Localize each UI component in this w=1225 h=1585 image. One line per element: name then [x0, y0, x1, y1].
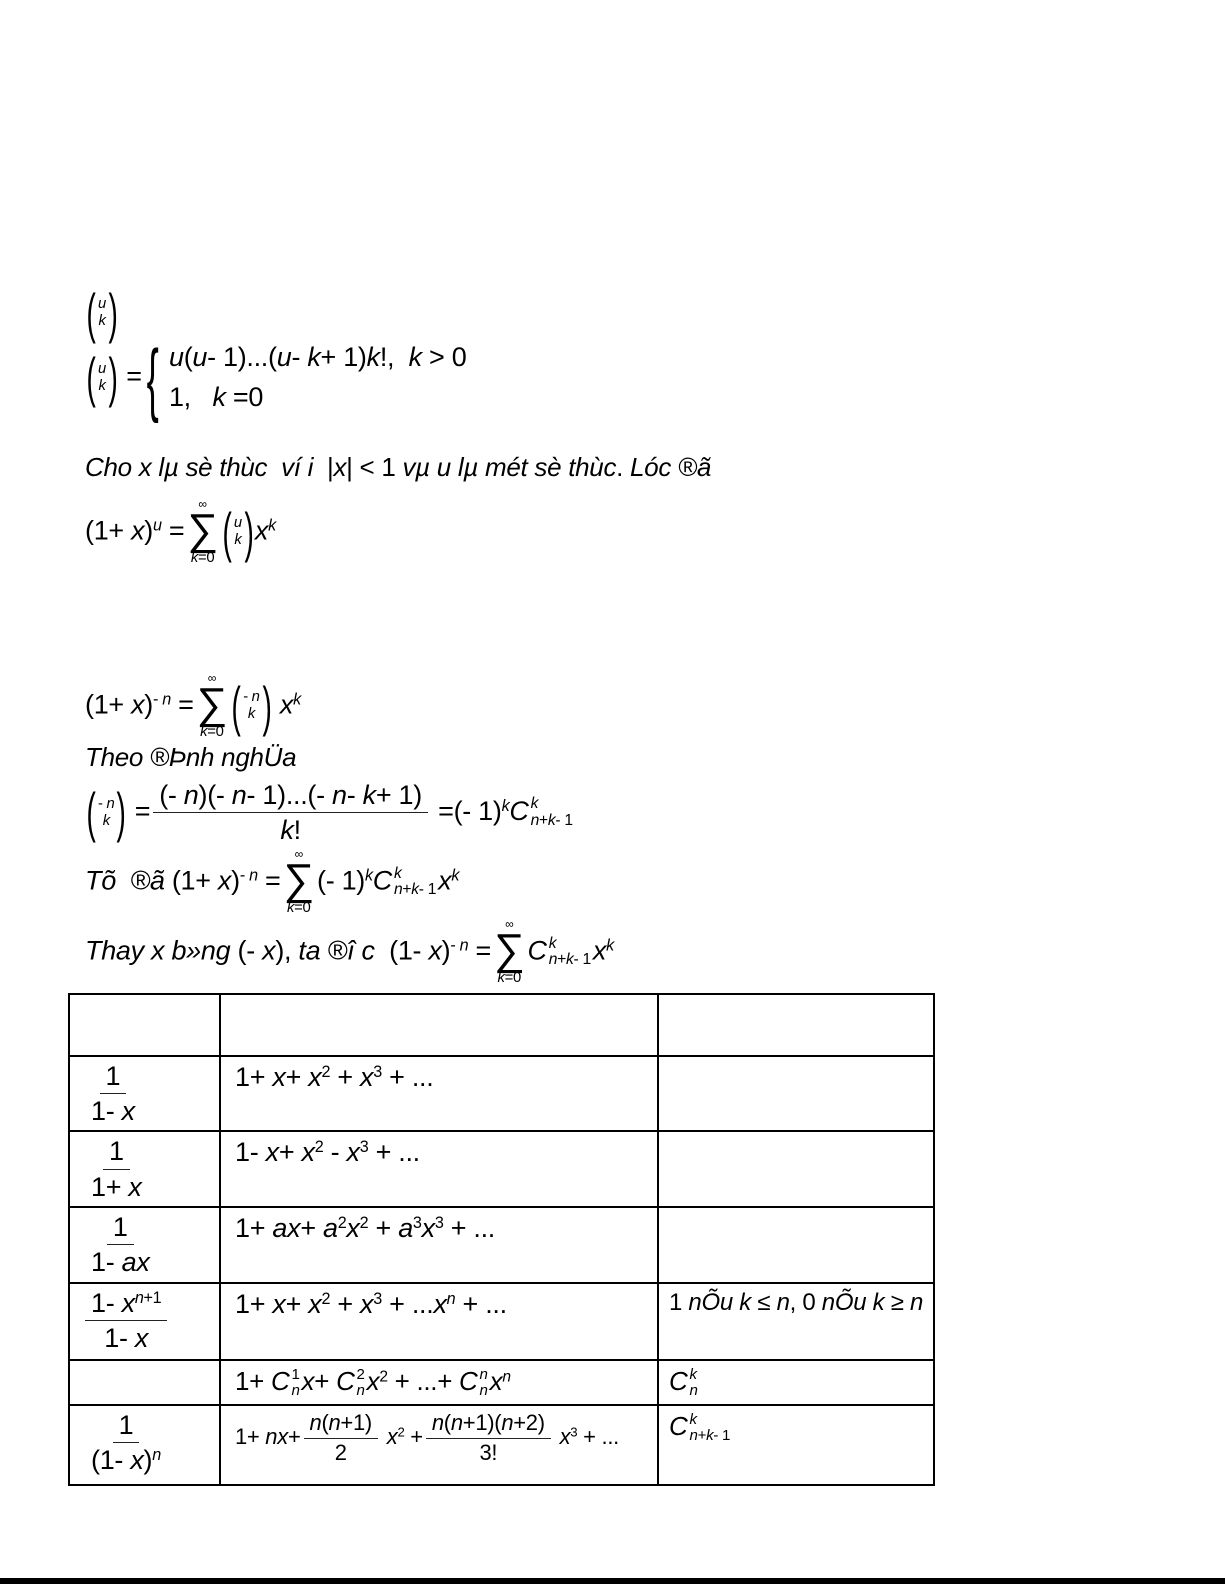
summation: ∞∑k=0 [494, 918, 525, 987]
binomial-bottom: k [98, 313, 105, 330]
cell-expression: 1- xn+11- x [69, 1283, 220, 1360]
superscript: 2 [357, 1367, 365, 1383]
binomial-top: u [98, 361, 106, 378]
sum-lower-limit: k=0 [287, 901, 310, 917]
fraction: 11- ax [85, 1212, 156, 1277]
header-cell-coefficient [658, 994, 934, 1056]
summation: ∞∑k=0 [197, 672, 228, 741]
fraction: n(n+1)(n+2)3! [426, 1411, 551, 1465]
cell-series: 1+ nx+n(n+1)2 x2 +n(n+1)(n+2)3! x3 + ... [220, 1405, 658, 1485]
header-cell-expression [69, 994, 220, 1056]
cell-series: 1+ ax+ a2x2 + a3x3 + ... [220, 1207, 658, 1283]
superscript: k [689, 1367, 696, 1383]
denominator: 1- ax [85, 1245, 156, 1277]
subscript: n [480, 1383, 488, 1399]
left-paren: ( [87, 351, 96, 405]
cell-series: 1+ x+ x2 + x3 + ... [220, 1056, 658, 1131]
denominator: 1- x [98, 1321, 154, 1353]
sup-sub-stack: 1n [289, 1367, 301, 1399]
by-definition-text: Theo ®Þnh nghÜa [85, 742, 296, 773]
summation: ∞∑k=0 [187, 498, 218, 567]
formula-binomial-symbol: (uk) [85, 296, 119, 330]
cell-expression: 11- ax [69, 1207, 220, 1283]
cell-expression: 11+ x [69, 1131, 220, 1206]
superscript: k [689, 1412, 696, 1428]
cell-expression [69, 1360, 220, 1405]
right-paren: ) [109, 351, 118, 405]
binomial-top: - n [98, 796, 114, 813]
binomial-top: u [234, 515, 242, 532]
subscript: n [689, 1383, 697, 1399]
binomial-bottom: k [248, 706, 255, 723]
table-row: 11+ x 1- x+ x2 - x3 + ... [69, 1131, 934, 1206]
formula-substitution: Thay x b»ng (- x), ta ®î c (1- x)- n =∞∑… [85, 918, 614, 987]
formula-binomial-definition: (uk) ={u(u- 1)...(u- k+ 1)k!, k > 01, k … [85, 342, 466, 414]
sigma-symbol: ∑ [494, 930, 525, 971]
sup-sub-stack: nn [478, 1367, 490, 1399]
superscript: k [531, 796, 539, 812]
denominator: 1+ x [85, 1170, 148, 1202]
sup-sub-stack: kn+k- 1 [687, 1412, 732, 1444]
sigma-symbol: ∑ [284, 860, 315, 901]
subscript: n [291, 1383, 299, 1399]
cell-series: 1- x+ x2 - x3 + ... [220, 1131, 658, 1206]
binomial-coefficient: (- nk) [86, 796, 127, 830]
sup-sub-stack: kn [687, 1367, 699, 1399]
numerator: 1 [113, 1410, 140, 1443]
cell-series: 1+ C1nx+ C2nx2 + ...+ Cnnxn [220, 1360, 658, 1405]
fraction: 11+ x [85, 1136, 148, 1201]
sup-sub-stack: kn+k- 1 [547, 936, 593, 969]
fraction: 1(1- x)n [85, 1410, 167, 1475]
binomial-bottom: k [103, 813, 110, 830]
denominator: k! [274, 813, 306, 845]
subscript: n+k- 1 [689, 1428, 730, 1444]
numerator: n(n+1) [304, 1411, 378, 1439]
table-header-row [69, 994, 934, 1056]
cell-coefficient: Ckn [658, 1360, 934, 1405]
sup-sub-stack: kn+k- 1 [392, 866, 438, 899]
binomial-top: - n [243, 689, 259, 706]
right-paren: ) [109, 286, 118, 340]
binomial-bottom: k [98, 378, 105, 395]
table-row: 11- ax 1+ ax+ a2x2 + a3x3 + ... [69, 1207, 934, 1283]
formula-power-series-neg-n: (1+ x)- n =∞∑k=0(- nk) xk [85, 672, 301, 741]
superscript: k [394, 866, 402, 882]
binomial-top: u [98, 296, 106, 313]
subscript: n+k- 1 [549, 952, 591, 968]
document-page: (uk) (uk) ={u(u- 1)...(u- k+ 1)k!, k > 0… [0, 0, 1225, 1585]
binomial-coefficient: (uk) [222, 515, 254, 549]
left-paren: ( [87, 786, 96, 840]
left-brace: { [146, 337, 158, 418]
left-paren: ( [87, 286, 96, 340]
table-row: 1(1- x)n 1+ nx+n(n+1)2 x2 +n(n+1)(n+2)3!… [69, 1405, 934, 1485]
numerator: 1 [103, 1136, 130, 1169]
series-table: 11- x 1+ x+ x2 + x3 + ... 11+ x 1- x+ x2… [68, 993, 935, 1486]
subscript: n+k- 1 [394, 882, 436, 898]
denominator: (1- x)n [85, 1443, 167, 1475]
left-paren: ( [232, 679, 241, 733]
case-lines: u(u- 1)...(u- k+ 1)k!, k > 01, k =0 [169, 342, 466, 414]
cell-coefficient: Ckn+k- 1 [658, 1405, 934, 1485]
right-paren: ) [117, 786, 126, 840]
binomial-coefficient: (uk) [86, 361, 118, 395]
formula-binomial-neg-n: (- nk) =(- n)(- n- 1)...(- n- k+ 1)k! =(… [85, 780, 575, 845]
fraction: (- n)(- n- 1)...(- n- k+ 1)k! [153, 780, 428, 845]
sum-lower-limit: k=0 [498, 971, 521, 987]
header-cell-series [220, 994, 658, 1056]
binomial-stack: uk [232, 515, 244, 549]
numerator: 1 [107, 1212, 134, 1245]
sigma-symbol: ∑ [187, 510, 218, 551]
cell-expression: 1(1- x)n [69, 1405, 220, 1485]
cell-coefficient [658, 1207, 934, 1283]
denominator: 1- x [85, 1094, 141, 1126]
binomial-coefficient: (- nk) [231, 689, 272, 723]
piecewise-cases: {u(u- 1)...(u- k+ 1)k!, k > 01, k =0 [142, 342, 467, 414]
superscript: 1 [291, 1367, 299, 1383]
right-paren: ) [262, 679, 271, 733]
denominator: 3! [473, 1439, 503, 1466]
binomial-coefficient: (uk) [86, 296, 118, 330]
numerator: n(n+1)(n+2) [426, 1411, 551, 1439]
case-line-1: u(u- 1)...(u- k+ 1)k!, k > 0 [169, 342, 466, 374]
denominator: 2 [329, 1439, 353, 1466]
numerator: 1 [100, 1061, 127, 1094]
table-row: 1- xn+11- x 1+ x+ x2 + x3 + ...xn + ... … [69, 1283, 934, 1360]
cell-series: 1+ x+ x2 + x3 + ...xn + ... [220, 1283, 658, 1360]
summation: ∞∑k=0 [284, 848, 315, 917]
subscript: n [357, 1383, 365, 1399]
binomial-bottom: k [234, 532, 241, 549]
right-paren: ) [244, 505, 253, 559]
cell-coefficient: 1 nÕu k ≤ n, 0 nÕu k ≥ n [658, 1283, 934, 1360]
fraction: n(n+1)2 [304, 1411, 378, 1465]
case-line-2: 1, k =0 [169, 382, 263, 414]
table-row: 11- x 1+ x+ x2 + x3 + ... [69, 1056, 934, 1131]
numerator: 1- xn+1 [85, 1288, 167, 1321]
formula-power-series-u: (1+ x)u =∞∑k=0(uk)xk [85, 498, 276, 567]
cell-coefficient [658, 1056, 934, 1131]
fraction: 1- xn+11- x [85, 1288, 167, 1353]
sup-sub-stack: 2n [355, 1367, 367, 1399]
left-paren: ( [222, 505, 231, 559]
numerator: (- n)(- n- 1)...(- n- k+ 1) [153, 780, 428, 813]
table-row: 1+ C1nx+ C2nx2 + ...+ Cnnxn Ckn [69, 1360, 934, 1405]
formula-hence-expansion: Tõ ®ã (1+ x)- n =∞∑k=0(- 1)kCkn+k- 1xk [85, 848, 459, 917]
cell-coefficient [658, 1131, 934, 1206]
sigma-symbol: ∑ [197, 684, 228, 725]
binomial-stack: uk [96, 296, 108, 330]
sum-lower-limit: k=0 [200, 725, 223, 741]
cell-expression: 11- x [69, 1056, 220, 1131]
sum-lower-limit: k=0 [191, 551, 214, 567]
subscript: n+k- 1 [531, 813, 573, 829]
superscript: n [480, 1367, 488, 1383]
fraction: 11- x [85, 1061, 141, 1126]
binomial-stack: - nk [96, 796, 116, 830]
sup-sub-stack: kn+k- 1 [529, 796, 575, 829]
binomial-stack: - nk [241, 689, 261, 723]
superscript: k [549, 936, 557, 952]
binomial-stack: uk [96, 361, 108, 395]
intro-paragraph: Cho x lµ sè thùc ví i |x| < 1 vµ u lµ mé… [85, 452, 711, 483]
page-bottom-border [0, 1578, 1225, 1584]
